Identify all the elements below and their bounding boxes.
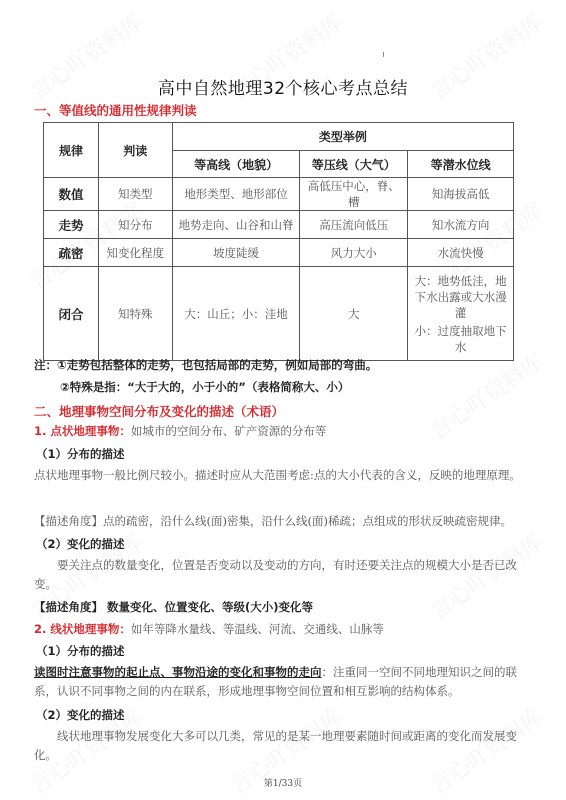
line-dist-underlined: 读图时注意事物的起止点、事物沿途的变化和事物的走向 [34,665,322,679]
row-rule: 走势 [44,211,99,239]
section2-heading: 二、地理事物空间分布及变化的描述（术语） [34,402,284,420]
page-mark [383,52,384,57]
point-dist-heading: （1）分布的描述 [36,445,526,464]
header-rule: 规律 [44,123,99,178]
row-cell: 大：山丘；小：洼地 [172,267,300,361]
contour-rules-table: 规律 判读 类型举例 等高线（地貌） 等压线（大气） 等潜水位线 数值 知类型 … [43,122,514,361]
point-dist-text: 点状地理事物一般比例尺较小。描述时应从大范围考虑:点的大小代表的含义，反映的地理… [34,466,524,485]
line-change-text: 线状地理事物发展变化大多可以几类，常见的是某一地理要素随时间或距离的变化而发展变… [34,727,524,765]
row-cell: 知水流方向 [408,211,514,239]
point-change-heading: （2）变化的描述 [36,535,526,554]
row-reading: 知特殊 [98,267,172,361]
table-row: 走势 知分布 地势走向、山谷和山脊 高压流向低压 知水流方向 [44,211,514,239]
page-number: 第1/33页 [0,776,566,789]
point-dist-angle: 【描述角度】点的疏密，沿什么线(面)密集，沿什么线(面)稀疏；点组成的形状反映疏… [34,512,524,531]
row-rule: 数值 [44,178,99,211]
table-row: 闭合 知特殊 大：山丘；小：洼地 大 大：地势低洼，地下水出露或大水漫灌 小：过… [44,267,514,361]
row-rule: 闭合 [44,267,99,361]
line-change-heading: （2）变化的描述 [36,706,526,725]
note-2: ②特殊是指：“大于大的，小于小的”（表格简称大、小） [60,378,550,397]
header-water-table: 等潜水位线 [408,151,514,178]
header-examples: 类型举例 [172,123,513,151]
row-cell: 水流快慢 [408,239,514,267]
point-change-angle: 【描述角度】 数量变化、位置变化、等级(大小)变化等 [34,598,524,617]
point-features-desc: 如城市的空间分布、矿产资源的分布等 [131,424,327,438]
note-1: 注：①走势包括整体的走势，也包括局部的走势，例如局部的弯曲。 [34,356,524,375]
row-cell: 大 [300,267,408,361]
row-reading: 知变化程度 [98,239,172,267]
header-reading: 判读 [98,123,172,178]
row-cell-multiline: 大：地势低洼，地下水出露或大水漫灌 小：过度抽取地下水 [408,267,514,361]
row-reading: 知类型 [98,178,172,211]
line-dist-paragraph: 读图时注意事物的起止点、事物沿途的变化和事物的走向：注重同一空间不同地理知识之间… [34,663,524,701]
row-reading: 知分布 [98,211,172,239]
point-features-line: 1. 点状地理事物：如城市的空间分布、矿产资源的分布等 [34,422,524,441]
row-rule: 疏密 [44,239,99,267]
document-title: 高中自然地理32个核心考点总结 [0,74,566,99]
line-dist-heading: （1）分布的描述 [36,642,526,661]
row-cell: 坡度陡缓 [172,239,300,267]
point-features-label: 1. 点状地理事物： [34,424,131,438]
row-cell: 知海拔高低 [408,178,514,211]
row-cell: 地形类型、地形部位 [172,178,300,211]
line-features-label: 2. 线状地理事物： [34,622,131,636]
row-cell: 高压流向低压 [300,211,408,239]
table-row: 数值 知类型 地形类型、地形部位 高低压中心，脊、槽 知海拔高低 [44,178,514,211]
table-row: 疏密 知变化程度 坡度陡缓 风力大小 水流快慢 [44,239,514,267]
point-change-text: 要关注点的数量变化，位置是否变动以及变动的方向，有时还要关注点的规模大小是否已改… [34,556,524,594]
header-contour-line: 等高线（地貌） [172,151,300,178]
document-page: 言心吖资料库 言心吖资料库 言心吖资料库 言心吖资料库 言心吖资料库 言心吖资料… [0,0,566,800]
row-cell: 地势走向、山谷和山脊 [172,211,300,239]
section1-heading: 一、等值线的通用性规律判读 [34,101,197,119]
cell-line-big: 大：地势低洼，地下水出露或大水漫灌 [411,273,510,321]
line-features-line: 2. 线状地理事物：如年等降水量线、等温线、河流、交通线、山脉等 [34,620,524,639]
header-isobar: 等压线（大气） [300,151,408,178]
line-features-desc: 如年等降水量线、等温线、河流、交通线、山脉等 [131,622,384,636]
row-cell: 高低压中心，脊、槽 [300,178,408,211]
cell-line-small: 小：过度抽取地下水 [411,323,510,355]
row-cell: 风力大小 [300,239,408,267]
